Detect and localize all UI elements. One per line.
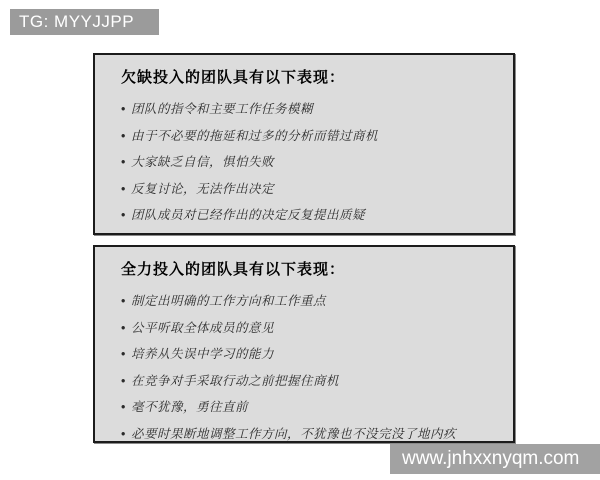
bullet-text: 团队成员对已经作出的决定反复提出质疑 xyxy=(131,207,365,222)
bullet-item: •培养从失误中学习的能力 xyxy=(121,341,499,368)
bullet-text: 制定出明确的工作方向和工作重点 xyxy=(131,293,326,308)
box1-bullet-list: •团队的指令和主要工作任务模糊 •由于不必要的拖延和过多的分析而错过商机 •大家… xyxy=(121,96,499,229)
textbox-full-commitment: 全力投入的团队具有以下表现： •制定出明确的工作方向和工作重点 •公平听取全体成… xyxy=(93,245,515,443)
bullet-icon: • xyxy=(121,123,131,150)
box2-bullet-list: •制定出明确的工作方向和工作重点 •公平听取全体成员的意见 •培养从失误中学习的… xyxy=(121,288,499,447)
bullet-icon: • xyxy=(121,421,131,448)
box2-title: 全力投入的团队具有以下表现： xyxy=(121,258,499,279)
bullet-item: •毫不犹豫，勇往直前 xyxy=(121,394,499,421)
bullet-text: 公平听取全体成员的意见 xyxy=(131,320,274,335)
bullet-icon: • xyxy=(121,315,131,342)
box1-title: 欠缺投入的团队具有以下表现： xyxy=(121,66,499,87)
bullet-text: 必要时果断地调整工作方向，不犹豫也不没完没了地内疚 xyxy=(131,426,456,441)
watermark-top: TG: MYYJJPP xyxy=(10,9,159,35)
bullet-text: 毫不犹豫，勇往直前 xyxy=(131,399,248,414)
bullet-item: •团队成员对已经作出的决定反复提出质疑 xyxy=(121,202,499,229)
slide-canvas: TG: MYYJJPP 欠缺投入的团队具有以下表现： •团队的指令和主要工作任务… xyxy=(0,0,600,480)
textbox-lacking-commitment: 欠缺投入的团队具有以下表现： •团队的指令和主要工作任务模糊 •由于不必要的拖延… xyxy=(93,53,515,235)
bullet-icon: • xyxy=(121,341,131,368)
bullet-icon: • xyxy=(121,96,131,123)
bullet-item: •团队的指令和主要工作任务模糊 xyxy=(121,96,499,123)
bullet-text: 由于不必要的拖延和过多的分析而错过商机 xyxy=(131,128,378,143)
bullet-text: 反复讨论，无法作出决定 xyxy=(131,181,274,196)
bullet-icon: • xyxy=(121,176,131,203)
bullet-icon: • xyxy=(121,368,131,395)
bullet-icon: • xyxy=(121,288,131,315)
bullet-item: •在竞争对手采取行动之前把握住商机 xyxy=(121,368,499,395)
bullet-text: 在竞争对手采取行动之前把握住商机 xyxy=(131,373,339,388)
bullet-icon: • xyxy=(121,149,131,176)
bullet-item: •大家缺乏自信，惧怕失败 xyxy=(121,149,499,176)
bullet-item: •反复讨论，无法作出决定 xyxy=(121,176,499,203)
bullet-text: 大家缺乏自信，惧怕失败 xyxy=(131,154,274,169)
bullet-item: •制定出明确的工作方向和工作重点 xyxy=(121,288,499,315)
bullet-icon: • xyxy=(121,202,131,229)
watermark-bottom: www.jnhxxnyqm.com xyxy=(390,444,600,474)
bullet-icon: • xyxy=(121,394,131,421)
bullet-text: 团队的指令和主要工作任务模糊 xyxy=(131,101,313,116)
bullet-item: •由于不必要的拖延和过多的分析而错过商机 xyxy=(121,123,499,150)
bullet-text: 培养从失误中学习的能力 xyxy=(131,346,274,361)
bullet-item: •公平听取全体成员的意见 xyxy=(121,315,499,342)
